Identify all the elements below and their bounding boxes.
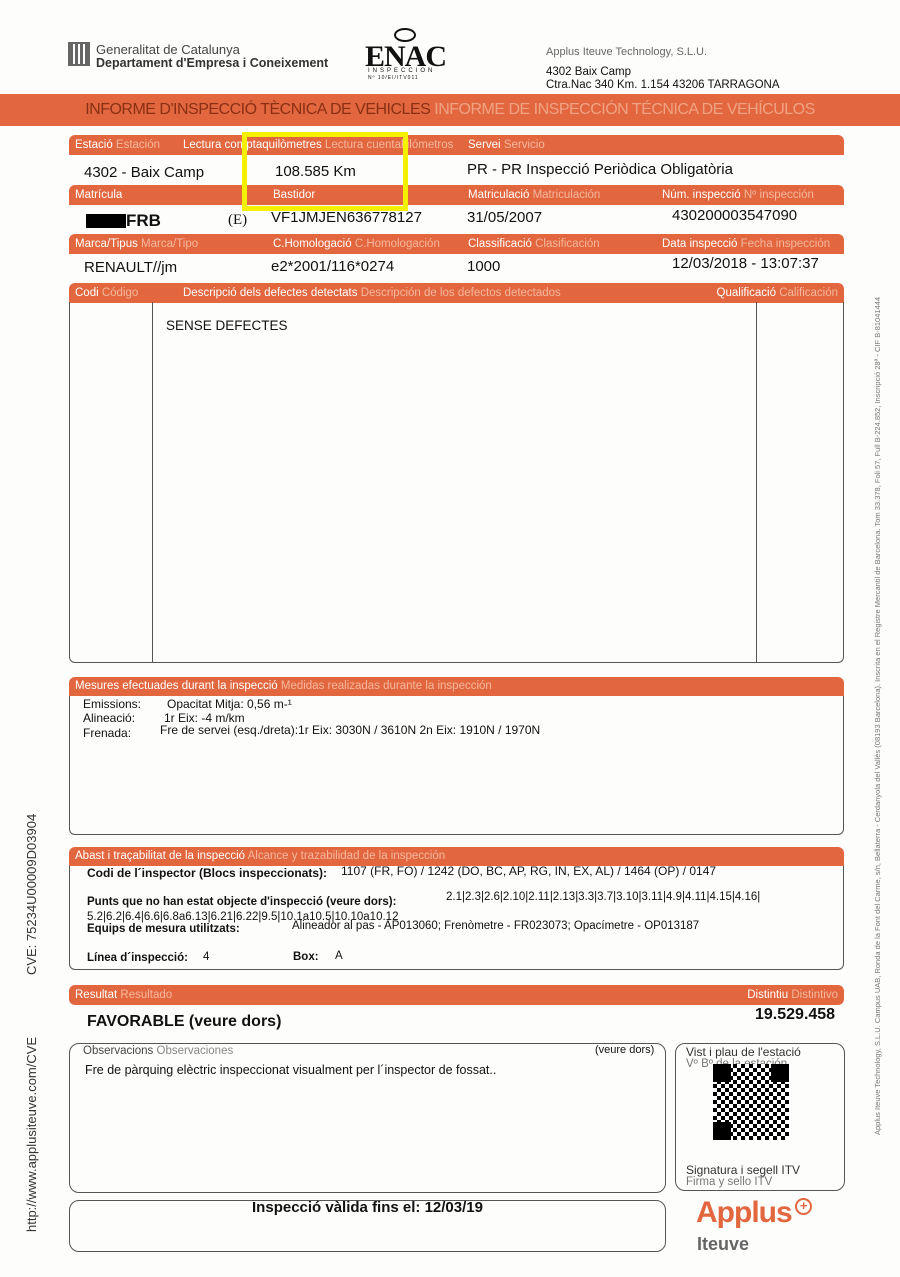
observations-text: Fre de pàrquing elèctric inspeccionat vi… [85, 1063, 496, 1077]
gov-line2: Departament d'Empresa i Coneixement [96, 56, 328, 70]
title-ca: INFORME D'INSPECCIÓ TÈCNICA DE VEHICLES [85, 101, 430, 118]
measures-header: Mesures efectuades durant la inspecció M… [69, 677, 844, 696]
servei-value: PR - PR Inspecció Periòdica Obligatòria [467, 161, 733, 178]
inspector-label: Codi de l´inspector (Blocs inspeccionats… [87, 866, 327, 880]
header-row-3: Marca/Tipus Marca/Tipo C.Homologació C.H… [69, 234, 844, 254]
station-address: Ctra.Nac 340 Km. 1.154 43206 TARRAGONA [546, 79, 780, 91]
measure-frenada-label: Frenada: [83, 726, 131, 740]
defects-header: Codi Código Descripció dels defectes det… [69, 283, 844, 303]
observations-note: (veure dors) [595, 1044, 654, 1056]
equips-label: Equips de mesura utilitzats: [87, 923, 240, 935]
cve-url: http://www.applusiteuve.com/CVE [24, 1037, 39, 1232]
enac-sub2: Nº 10/EI/ITV011 [368, 75, 419, 81]
homologacio-value: e2*2001/116*0274 [271, 258, 394, 275]
linea-label: Línea d´inspecció: [87, 952, 188, 964]
stamp-sig2: Firma y sello ITV [686, 1176, 772, 1188]
result-header: Resultat Resultado Distintiu Distintivo [69, 985, 844, 1005]
title-bar: INFORME D'INSPECCIÓ TÈCNICA DE VEHICLES … [0, 94, 900, 126]
header-row-1: Estació Estación Lectura comptaquilòmetr… [69, 135, 844, 155]
linea-value: 4 [203, 951, 209, 963]
matricula-country: (E) [228, 212, 247, 229]
defects-table [69, 302, 844, 663]
box-value: A [335, 950, 343, 962]
equips-value: Alineador al pas - AP013060; Frenòmetre … [292, 920, 699, 932]
generalitat-logo-icon [68, 42, 90, 66]
points-value-1: 2.1|2.3|2.6|2.10|2.11|2.13|3.3|3.7|3.10|… [446, 891, 760, 903]
station-name: 4302 Baix Camp [546, 66, 631, 78]
points-label: Punts que no han estat objecte d'inspecc… [87, 896, 396, 908]
num-inspeccio-value: 430200003547090 [672, 207, 797, 224]
distintiu-value: 19.529.458 [755, 1006, 835, 1024]
estacio-value: 4302 - Baix Camp [84, 164, 204, 181]
classificacio-value: 1000 [467, 258, 500, 275]
title-es: INFORME DE INSPECCIÓN TÉCNICA DE VEHÍCUL… [434, 101, 815, 118]
header-row-2: Matrícula Bastidor Matriculació Matricul… [69, 185, 844, 205]
bastidor-value: VF1JMJEN636778127 [271, 209, 422, 226]
company-name: Applus Iteuve Technology, S.L.U. [546, 46, 707, 58]
marca-value: RENAULT//jm [84, 259, 177, 276]
data-inspeccio-value: 12/03/2018 - 13:07:37 [672, 255, 819, 272]
matriculacio-value: 31/05/2007 [467, 209, 542, 226]
observations-title: Observacions Observaciones [83, 1045, 233, 1057]
measure-emissions-label: Emissions: [83, 697, 141, 711]
plate-redaction [86, 214, 126, 228]
inspector-value: 1107 (FR, FO) / 1242 (DO, BC, AP, RG, IN… [341, 864, 716, 878]
box-label: Box: [293, 951, 319, 963]
enac-sub1: INSPECCION [368, 68, 435, 74]
result-value: FAVORABLE (veure dors) [87, 1013, 281, 1031]
qr-code-icon [713, 1064, 789, 1140]
measure-alineacio-label: Alineació: [83, 711, 135, 725]
applus-logo: Applus + [696, 1196, 792, 1230]
measure-frenada-value: Fre de servei (esq./dreta):1r Eix: 3030N… [160, 723, 540, 737]
legal-text: Applus Iteuve Technology, S.L.U. Campus … [873, 297, 882, 1135]
validity-text: Inspecció vàlida fins el: 12/03/19 [69, 1199, 666, 1216]
defects-text: SENSE DEFECTES [166, 318, 288, 333]
measure-emissions-value: Opacitat Mitja: 0,56 m-¹ [167, 697, 292, 711]
matricula-value: FRB [126, 211, 161, 231]
applus-name: Applus [696, 1196, 792, 1229]
stamp-sig1: Signatura i segell ITV [686, 1163, 800, 1177]
cve-code: CVE: 75234U00009D03904 [24, 814, 39, 975]
stamp-line1: Vist i plau de l'estació [686, 1045, 801, 1059]
plus-circle-icon: + [795, 1198, 812, 1215]
highlight-box [242, 132, 408, 211]
gov-line1: Generalitat de Catalunya [96, 42, 240, 57]
iteuve-name: Iteuve [697, 1234, 749, 1255]
